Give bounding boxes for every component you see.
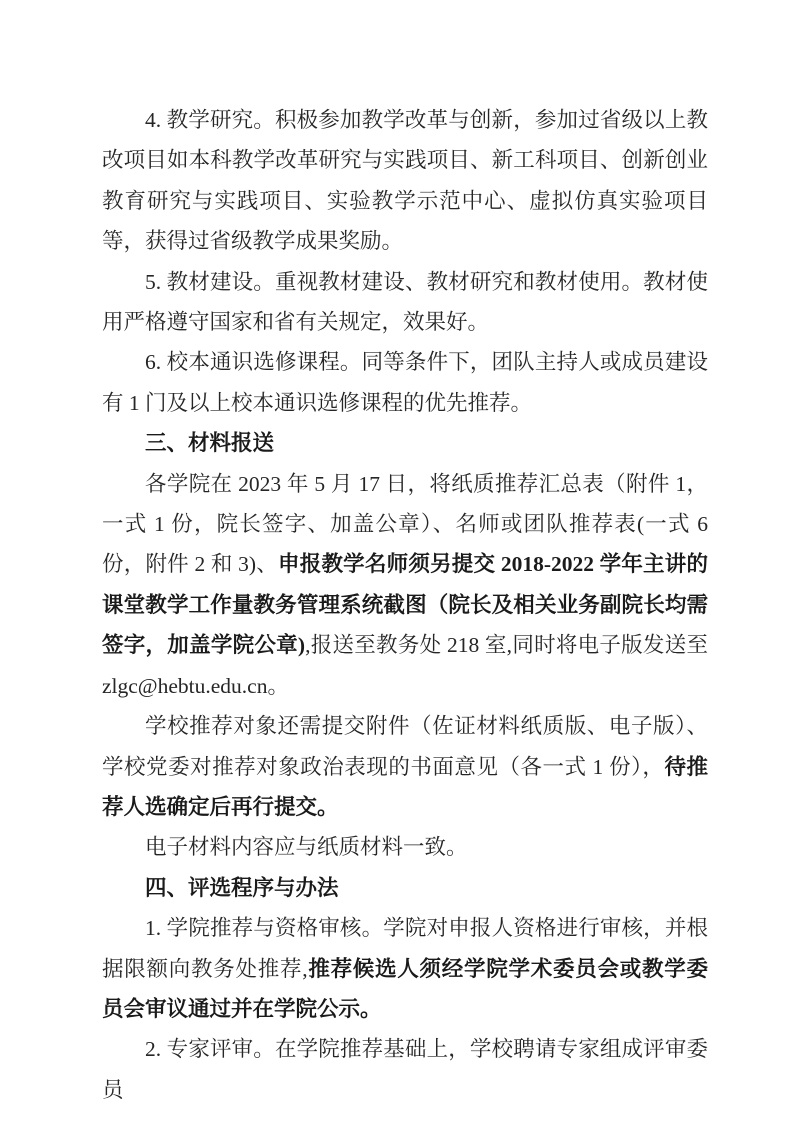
para-submission-details: 各学院在 2023 年 5 月 17 日，将纸质推荐汇总表（附件 1，一式 1 … — [102, 464, 708, 706]
text-run: 5. 教材建设。重视教材建设、教材研究和教材使用。教材使用严格遵守国家和省有关规… — [102, 270, 708, 334]
heading-3-material-submission: 三、材料报送 — [102, 423, 708, 463]
text-run: 电子材料内容应与纸质材料一致。 — [145, 835, 468, 859]
item-6-school-elective-courses: 6. 校本通识选修课程。同等条件下，团队主持人或成员建设有 1 门及以上校本通识… — [102, 342, 708, 423]
item-4-teaching-research: 4. 教学研究。积极参加教学改革与创新，参加过省级以上教改项目如本科教学改革研究… — [102, 100, 708, 262]
document-body: 4. 教学研究。积极参加教学改革与创新，参加过省级以上教改项目如本科教学改革研究… — [102, 100, 708, 1110]
item-2-expert-review: 2. 专家评审。在学院推荐基础上，学校聘请专家组成评审委员 — [102, 1029, 708, 1110]
text-run: 2. 专家评审。在学院推荐基础上，学校聘请专家组成评审委员 — [102, 1037, 708, 1101]
text-run: 四、评选程序与办法 — [145, 876, 339, 900]
text-run: 学校推荐对象还需提交附件（佐证材料纸质版、电子版）、学校党委对推荐对象政治表现的… — [102, 714, 708, 778]
text-run: 三、材料报送 — [145, 431, 274, 455]
document-page: 4. 教学研究。积极参加教学改革与创新，参加过省级以上教改项目如本科教学改革研究… — [0, 0, 800, 1132]
item-5-textbook-construction: 5. 教材建设。重视教材建设、教材研究和教材使用。教材使用严格遵守国家和省有关规… — [102, 262, 708, 343]
text-run: 6. 校本通识选修课程。同等条件下，团队主持人或成员建设有 1 门及以上校本通识… — [102, 350, 708, 414]
heading-4-selection-procedure: 四、评选程序与办法 — [102, 868, 708, 908]
para-electronic-materials: 电子材料内容应与纸质材料一致。 — [102, 827, 708, 867]
item-1-college-recommendation: 1. 学院推荐与资格审核。学院对申报人资格进行审核，并根据限额向教务处推荐,推荐… — [102, 908, 708, 1029]
text-run: 4. 教学研究。积极参加教学改革与创新，参加过省级以上教改项目如本科教学改革研究… — [102, 108, 708, 253]
para-school-recommendation-attachments: 学校推荐对象还需提交附件（佐证材料纸质版、电子版）、学校党委对推荐对象政治表现的… — [102, 706, 708, 827]
